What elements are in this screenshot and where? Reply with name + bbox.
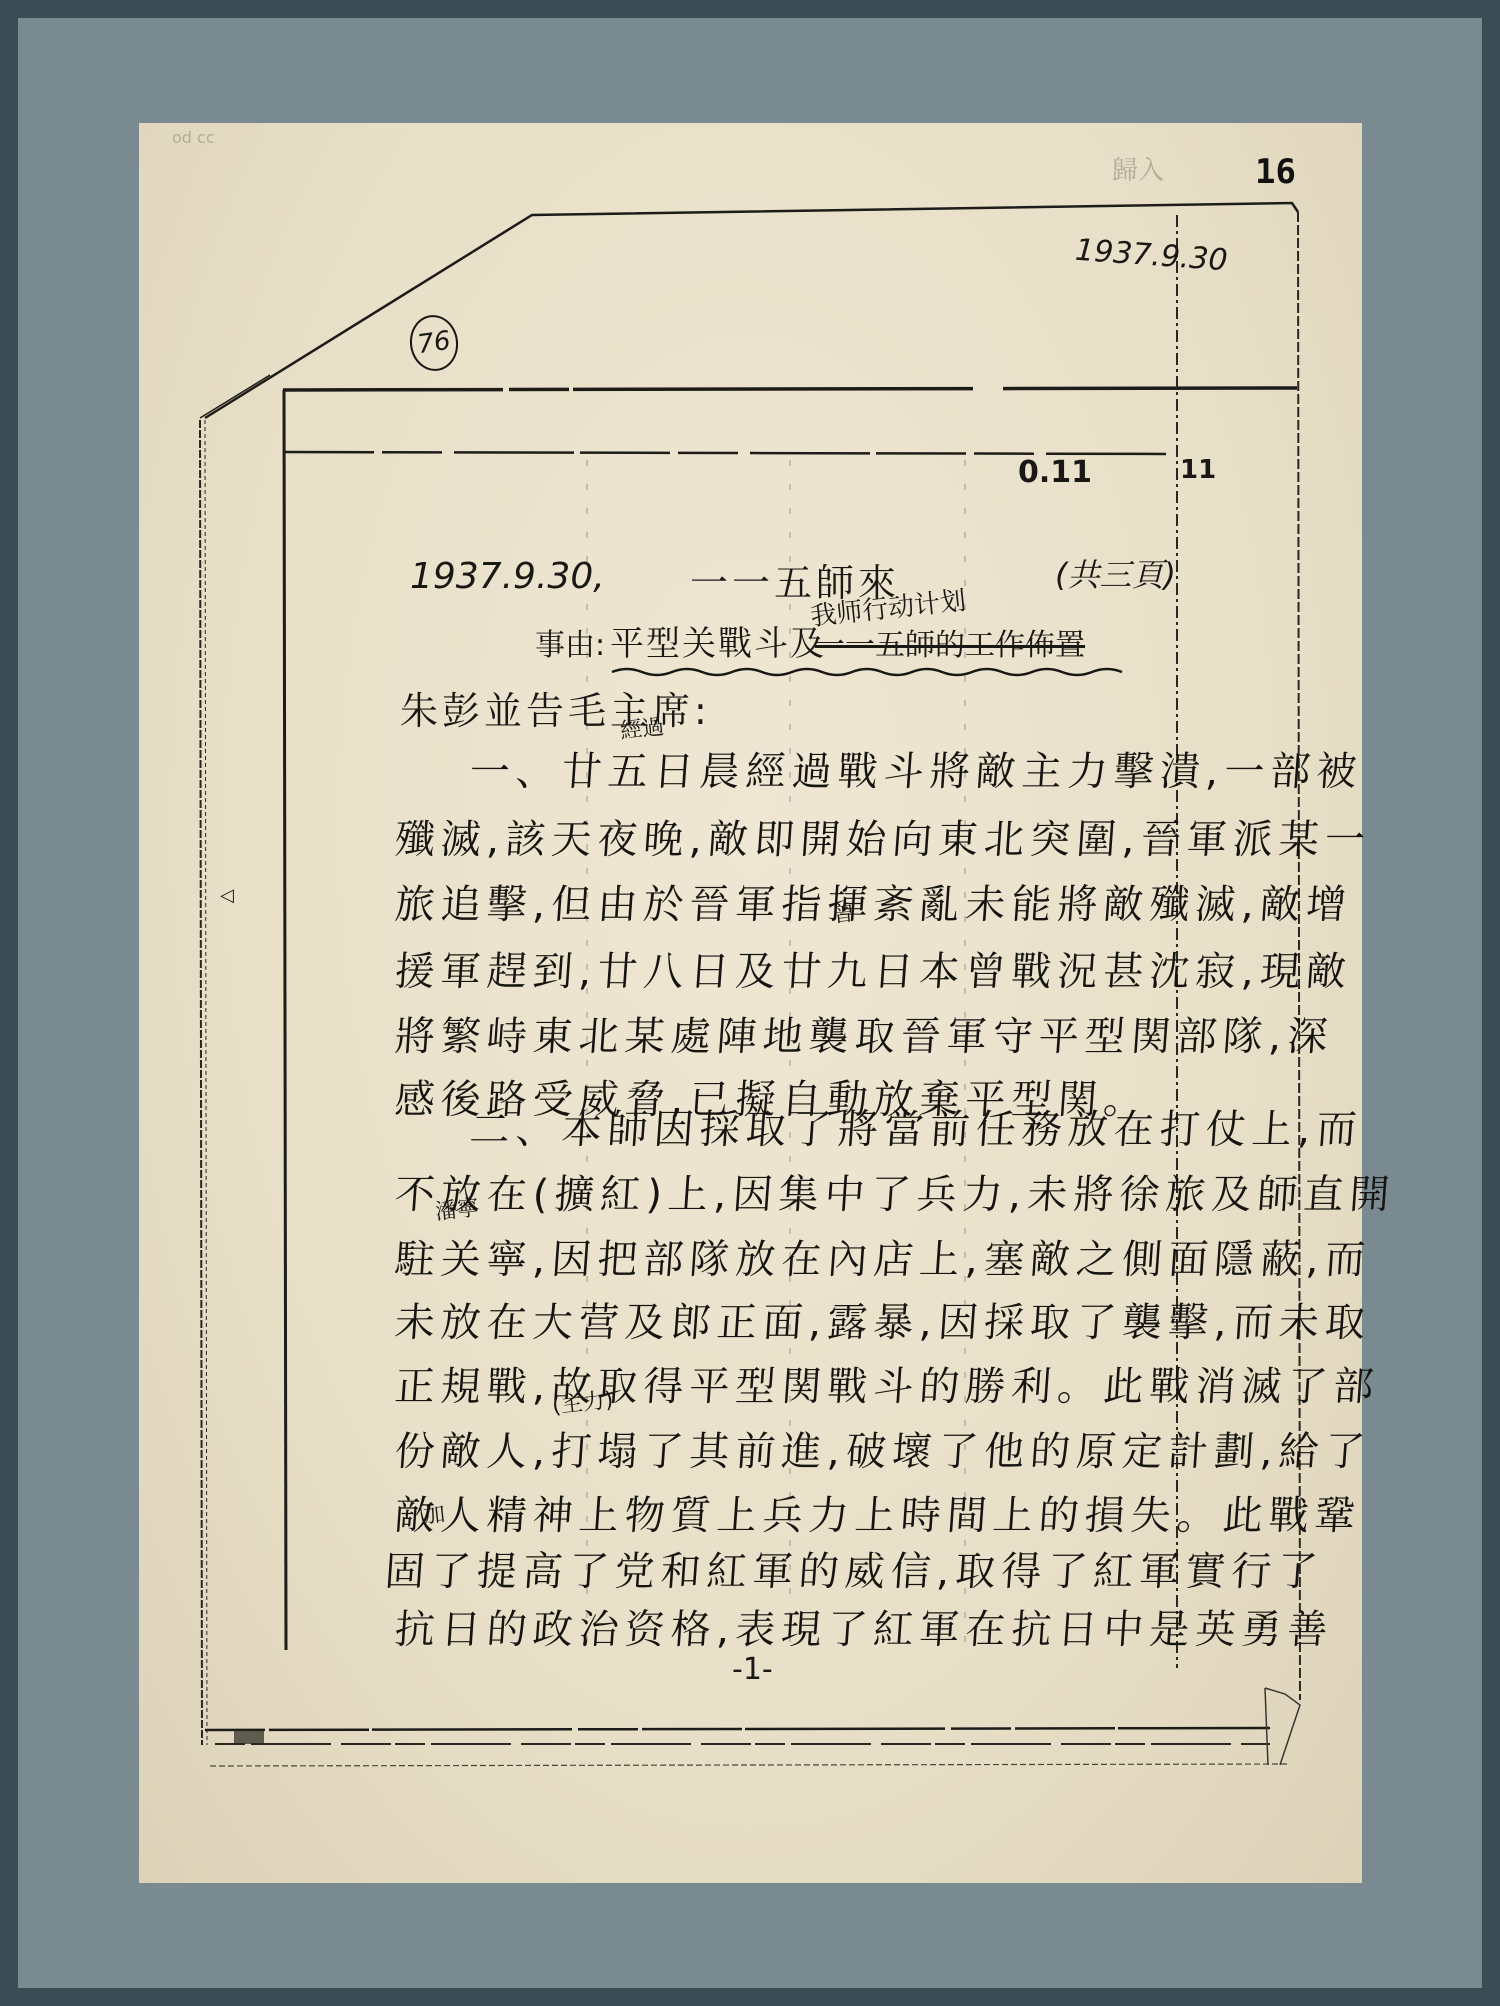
page-footer-number: -1- <box>732 1652 773 1687</box>
body-line: 未放在大营及郎正面,露暴,因採取了襲擊,而未取 <box>393 1291 1373 1348</box>
body-line: 不放在(擴紅)上,因集中了兵力,未將徐旅及師直開 <box>393 1163 1398 1220</box>
subject-title: 平型关戰斗及 <box>610 616 826 665</box>
body-line: 固了提高了党和紅軍的威信,取得了紅軍實行了 <box>383 1540 1326 1597</box>
subject-prefix: 事由: <box>535 620 605 664</box>
body-line: 抗日的政治资格,表現了紅軍在抗日中是英勇善 <box>393 1598 1336 1655</box>
salutation: 朱彭並告毛主席: <box>400 680 711 735</box>
body-line: 敵人精神上物質上兵力上時間上的損失。此戰鞏 <box>393 1484 1363 1541</box>
page-count: (共三頁) <box>1055 550 1176 596</box>
body-line: 二、本師因採取了將當前任務放在打仗上,而 <box>468 1098 1365 1155</box>
body-line: 旅追擊,但由於晉軍指揮紊亂未能將敵殲滅,敵增 <box>393 873 1354 930</box>
left-margin-mark: ◁ <box>220 885 234 906</box>
body-line: 援軍趕到,廿八日及廿九日本曾戰況甚沈寂,現敵 <box>393 940 1354 997</box>
subject-struck-text: 一一五師的工作佈置 <box>815 620 1085 664</box>
body-line: 一、廿五日晨經過戰斗將敵主力擊潰,一部被 <box>468 740 1365 797</box>
body-line: 份敵人,打塌了其前進,破壞了他的原定計劃,給了 <box>393 1420 1373 1477</box>
telegram-date: 1937.9.30, <box>410 556 605 597</box>
body-line: 正規戰,故取得平型関戰斗的勝利。此戰消滅了部 <box>393 1355 1382 1412</box>
body-line: 將繁峙東北某處陣地襲取晉軍守平型関部隊,深 <box>393 1005 1336 1062</box>
register-mark: 0.11 <box>1018 455 1092 490</box>
register-mark-right: 11 <box>1180 455 1216 485</box>
body-line: 殲滅,該天夜晚,敵即開始向東北突圍,晉軍派某一 <box>393 808 1373 865</box>
form-frame-lines <box>0 0 1500 2006</box>
body-line: 駐关寧,因把部隊放在內店上,塞敵之側面隱蔽,而 <box>393 1228 1373 1285</box>
